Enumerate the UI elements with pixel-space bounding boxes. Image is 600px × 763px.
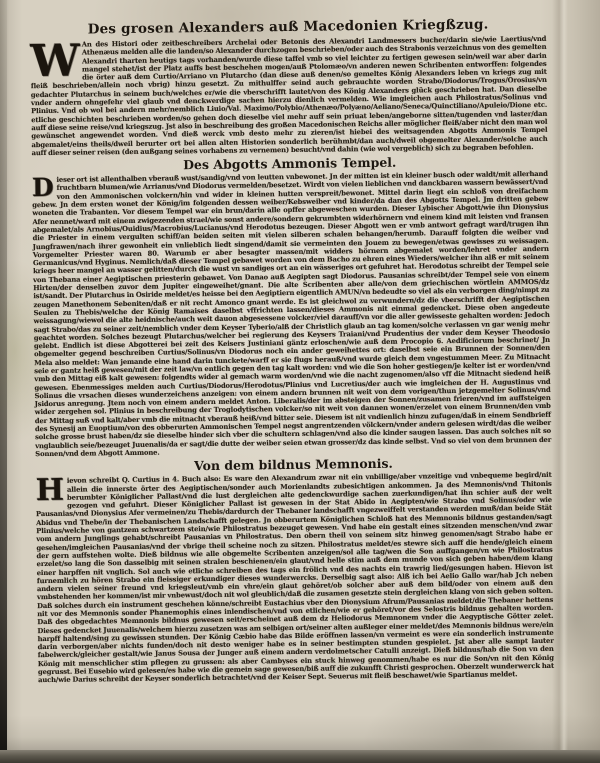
intro-paragraph: WAn des Histori oder zeitbeschreibers Ar…: [30, 35, 547, 157]
dropcap-initial-h: H: [36, 477, 68, 504]
ammonis-tempel-paragraph: Dieser ort ist allenthalben vberauß wust…: [32, 170, 551, 458]
scan-shadow-bottom-edge: [0, 750, 600, 763]
page-fold-crease: [552, 0, 568, 763]
intro-paragraph-text: An des Histori oder zeitbeschreibers Arc…: [31, 35, 548, 157]
bildnus-memnonis-paragraph: Hievon schreibt Q. Curtius in 4. Buch al…: [36, 471, 554, 685]
scanned-book-page: Des grosen Alexanders auß Macedonien Kri…: [0, 0, 600, 763]
ammonis-tempel-paragraph-text: ieser ort ist allenthalben vberauß wust/…: [32, 170, 551, 458]
dropcap-initial-d: D: [32, 176, 57, 199]
page-content: Des grosen Alexanders auß Macedonien Kri…: [30, 17, 554, 685]
dropcap-initial-w: W: [30, 41, 82, 82]
scan-shadow-left-edge: [0, 0, 7, 763]
bildnus-memnonis-paragraph-text: ievon schreibt Q. Curtius in 4. Buch als…: [36, 471, 554, 684]
